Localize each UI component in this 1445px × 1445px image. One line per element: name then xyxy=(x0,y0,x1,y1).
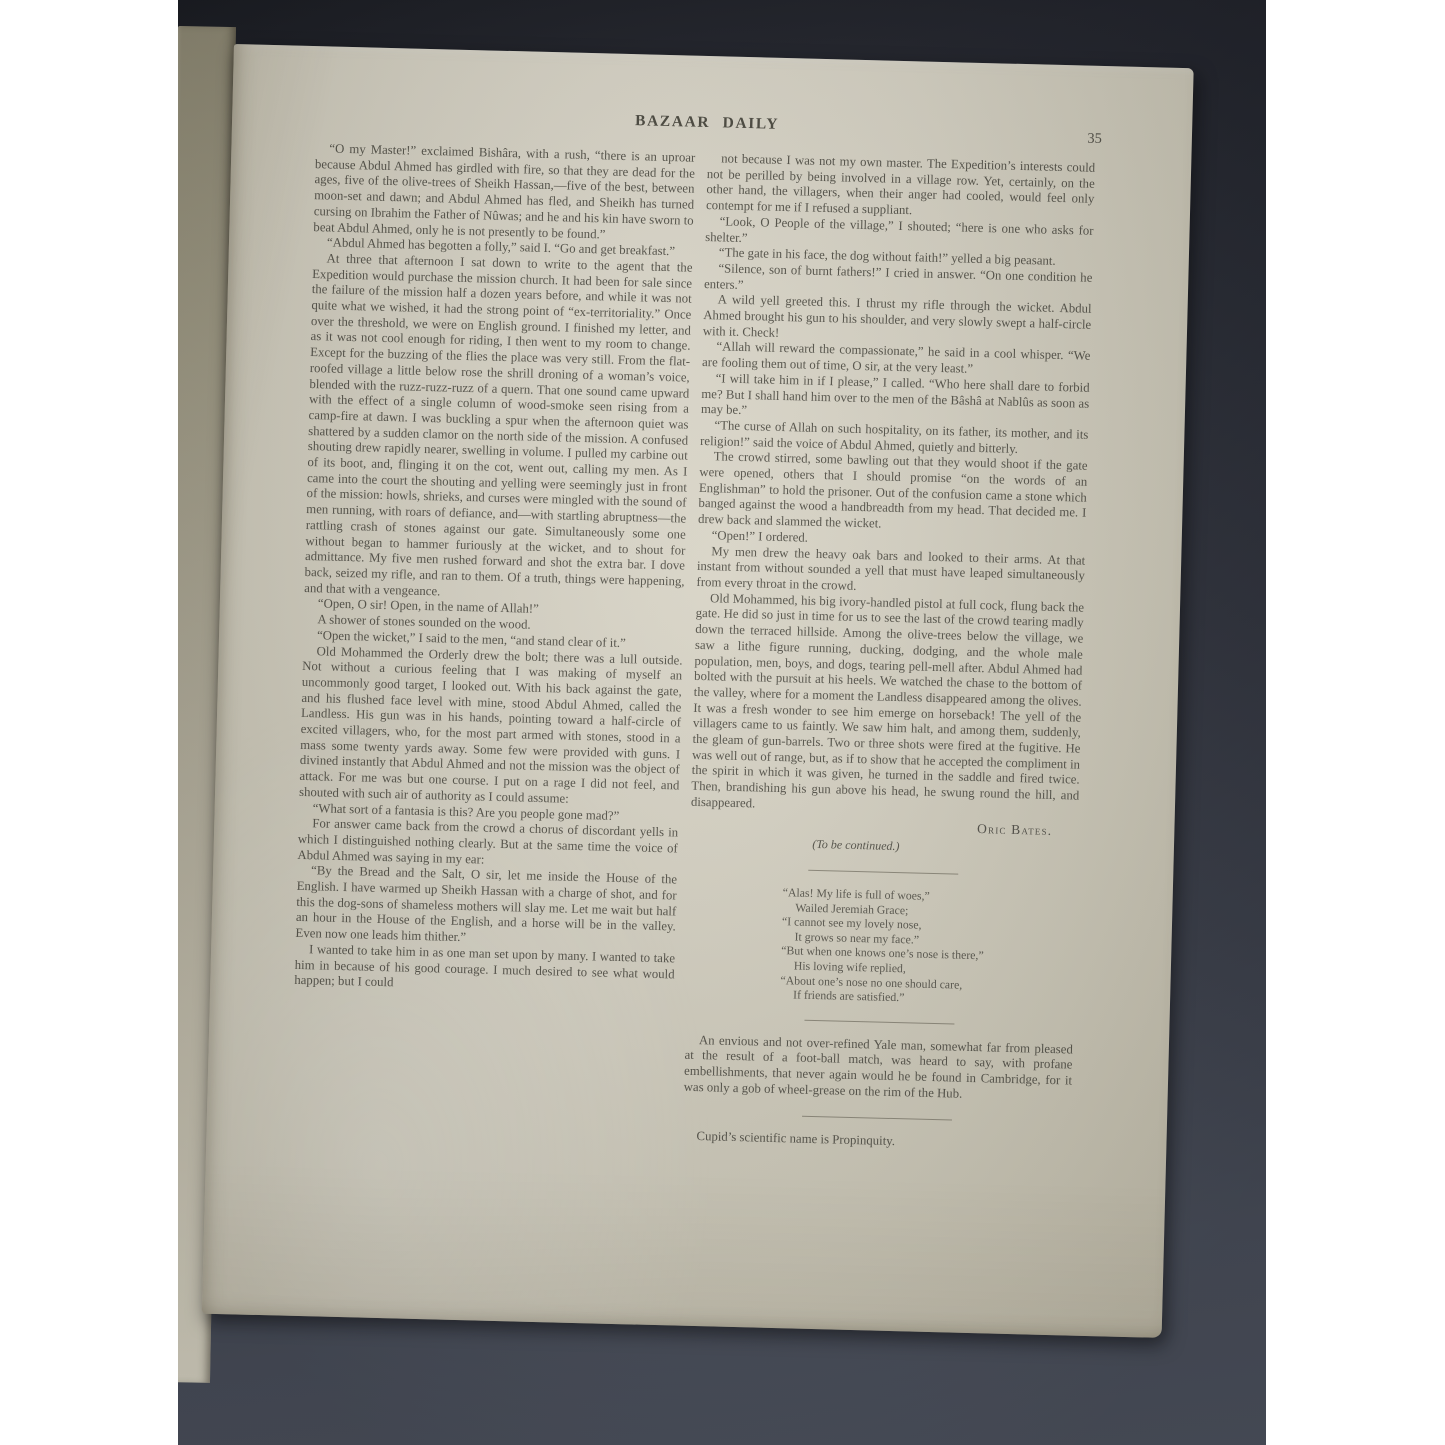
story-paragraph: Old Mohammed the Orderly drew the bolt; … xyxy=(299,643,683,810)
white-mat-right xyxy=(1266,0,1445,1445)
divider xyxy=(802,1115,952,1120)
photo-background: BAZAAR DAILY 35 “O my Master!” exclaimed… xyxy=(178,0,1266,1445)
cupid-line: Cupid’s scientific name is Propinquity. xyxy=(682,1128,1070,1154)
poem: “Alas! My life is full of woes,”Wailed J… xyxy=(780,885,1077,1009)
story-columns: “O my Master!” exclaimed Bishâra, with a… xyxy=(290,141,1097,1154)
page-content: BAZAAR DAILY 35 “O my Master!” exclaimed… xyxy=(206,44,1099,1154)
story-paragraph: Old Mohammed, his big ivory-handled pist… xyxy=(691,591,1084,821)
divider xyxy=(804,1019,954,1024)
left-column: “O my Master!” exclaimed Bishâra, with a… xyxy=(290,141,695,1144)
magazine-page: BAZAAR DAILY 35 “O my Master!” exclaimed… xyxy=(202,44,1194,1338)
white-mat-left xyxy=(0,0,178,1445)
story-paragraph: The crowd stirred, some bawling out that… xyxy=(698,449,1088,537)
story-paragraph: “O my Master!” exclaimed Bishâra, with a… xyxy=(313,141,695,245)
page-header: BAZAAR DAILY 35 xyxy=(316,104,1098,148)
story-paragraph: not because I was not my own master. The… xyxy=(706,151,1095,224)
story-paragraph: At three that afternoon I sat down to wr… xyxy=(304,251,693,606)
page-title: BAZAAR DAILY xyxy=(316,104,1098,142)
story-paragraph: “By the Bread and the Salt, O sir, let m… xyxy=(295,863,677,951)
story-paragraph: I wanted to take him in as one man set u… xyxy=(294,942,675,999)
divider xyxy=(808,870,958,875)
right-column: not because I was not my own master. The… xyxy=(682,151,1095,1154)
yale-anecdote-paragraph: An envious and not over-refined Yale man… xyxy=(684,1032,1073,1105)
to-be-continued-note: (To be continued.) xyxy=(690,834,1078,860)
page-number: 35 xyxy=(1087,131,1102,148)
right-column-paragraphs: not because I was not my own master. The… xyxy=(691,151,1096,820)
